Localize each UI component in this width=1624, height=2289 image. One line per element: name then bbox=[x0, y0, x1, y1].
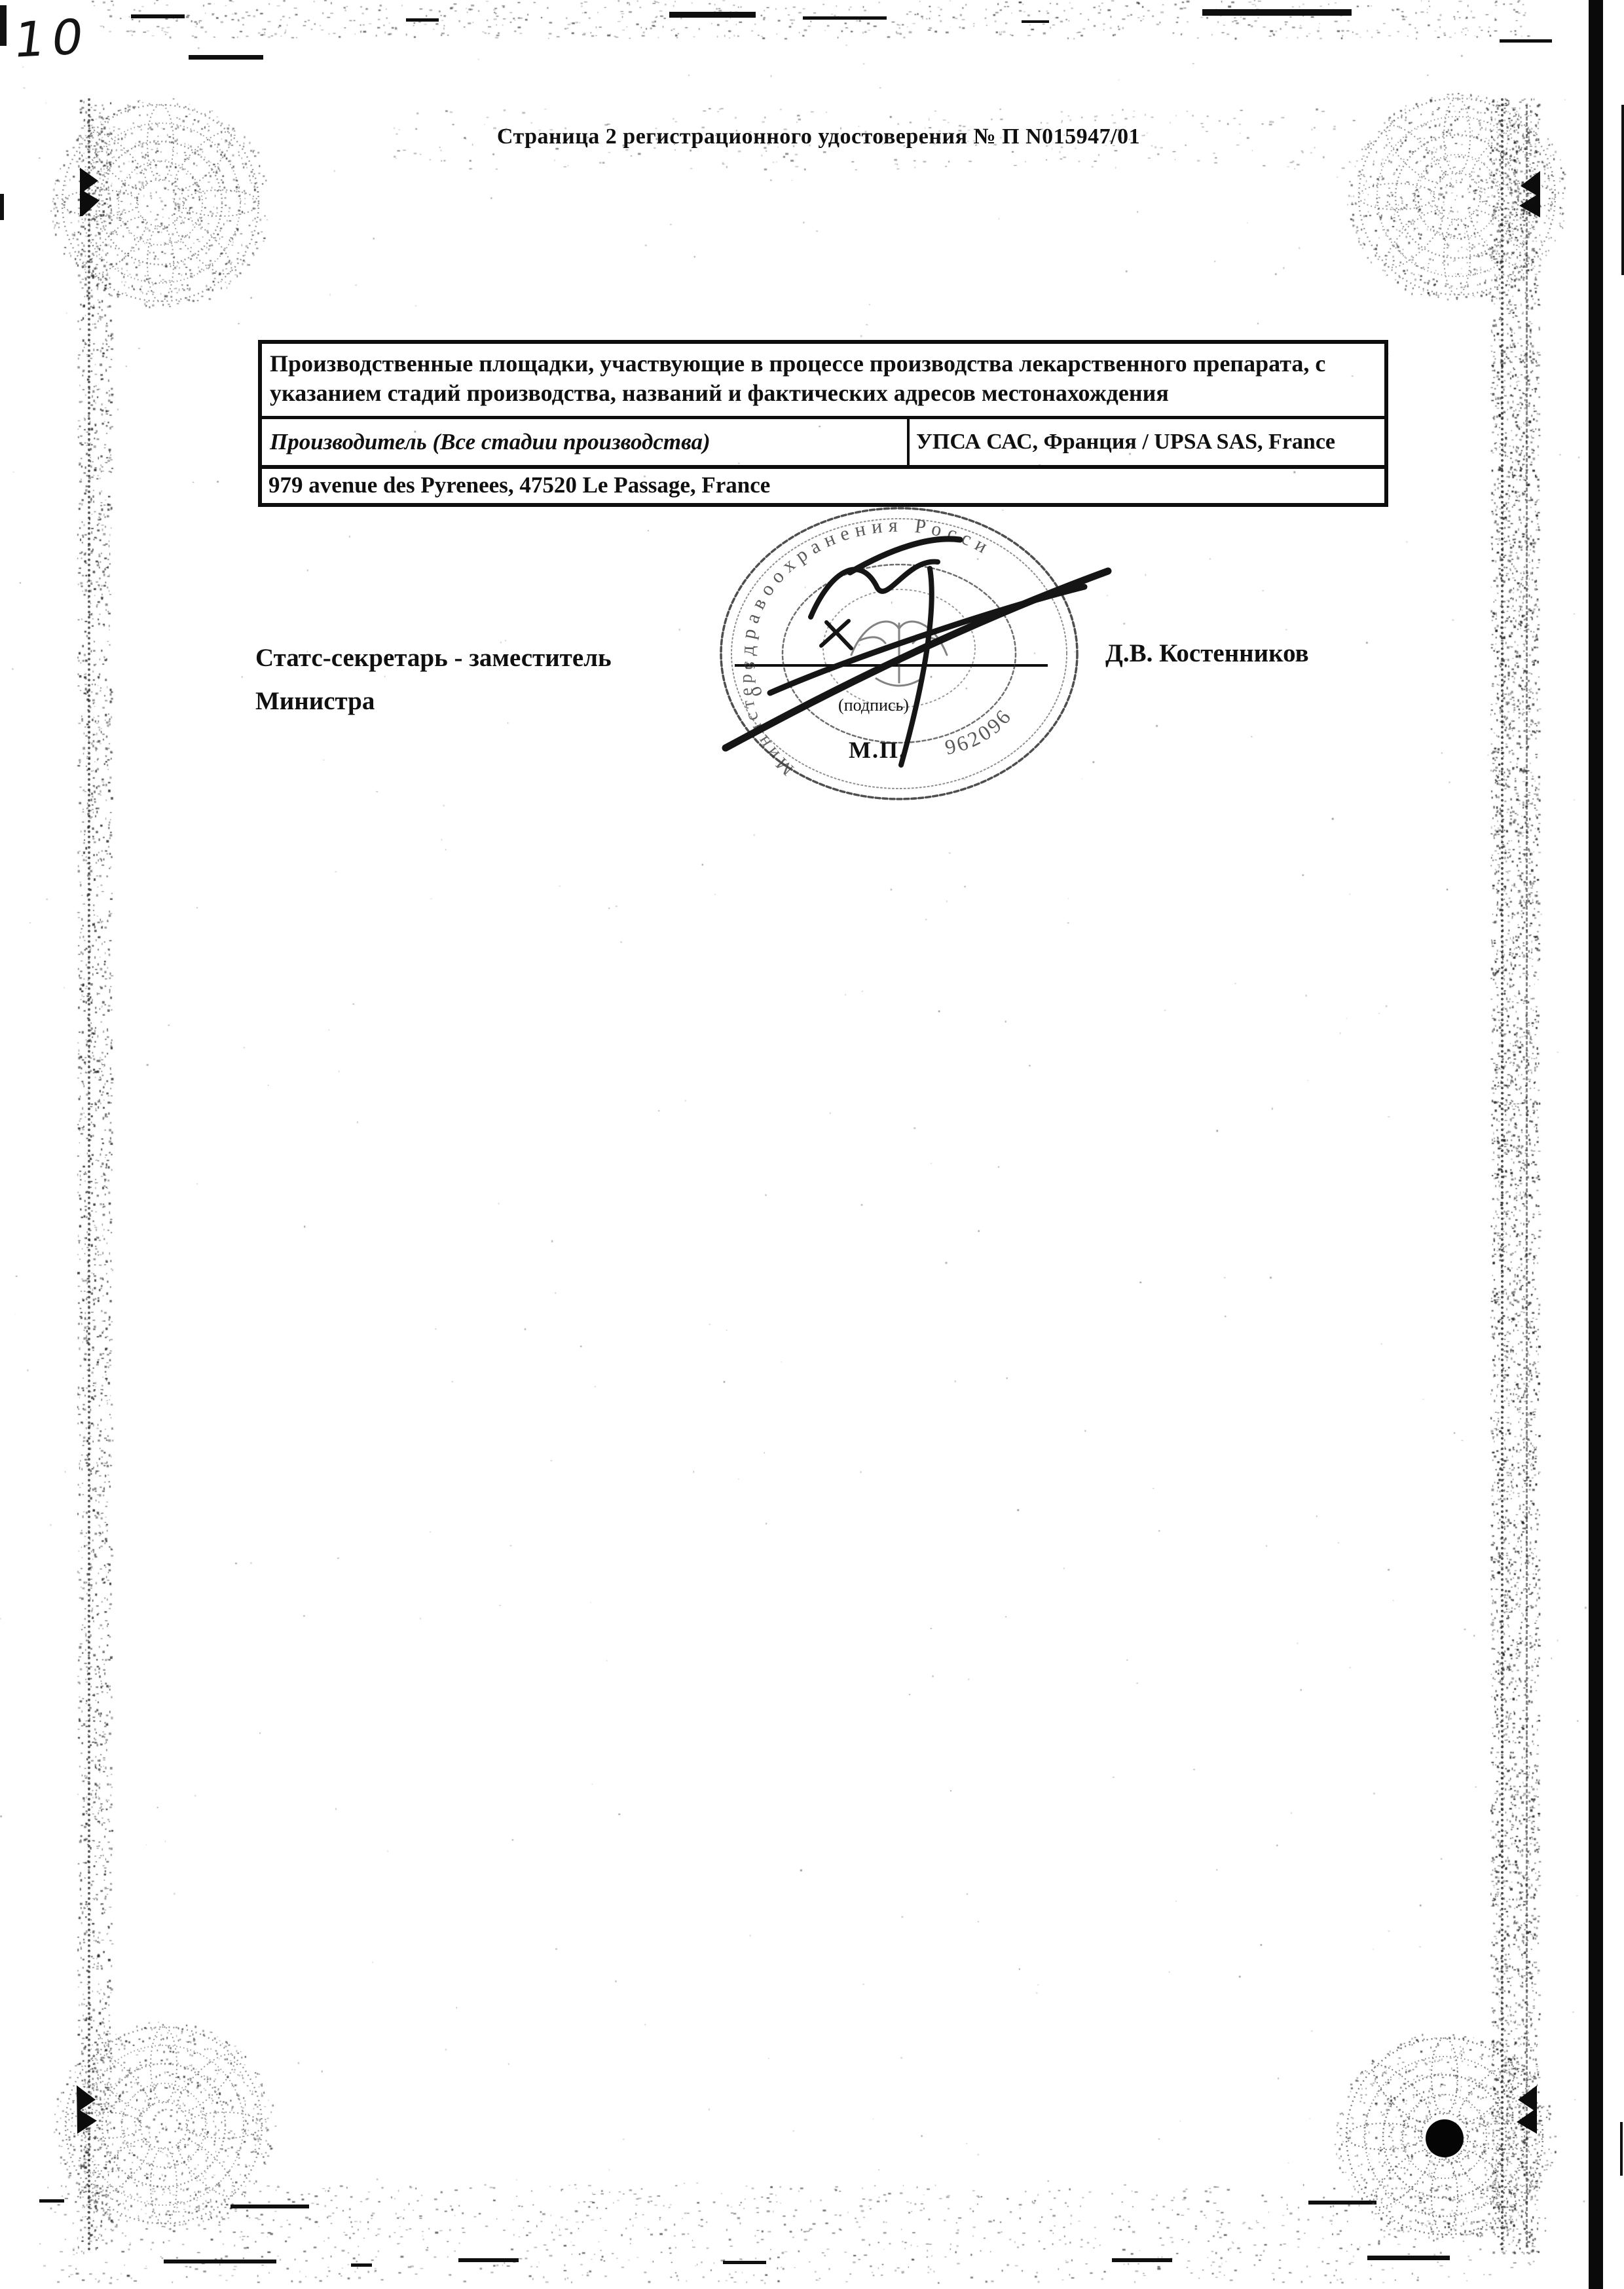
left-edge-mark bbox=[0, 194, 4, 220]
right-border-line bbox=[1501, 98, 1504, 2253]
border-dash bbox=[1308, 2201, 1376, 2205]
right-border-line-2 bbox=[1526, 105, 1528, 2246]
signatory-name: Д.В. Костенников bbox=[1105, 639, 1380, 668]
signatory-title-line2: Министра bbox=[255, 680, 714, 723]
border-dash bbox=[231, 2205, 309, 2208]
right-edge-mark bbox=[1620, 2122, 1623, 2176]
document-page: 10 Страница 2 регистрационного удостовер… bbox=[0, 0, 1624, 2289]
border-dash bbox=[406, 18, 439, 22]
border-dash bbox=[458, 2258, 519, 2262]
border-dash bbox=[803, 16, 887, 20]
border-dash bbox=[1202, 9, 1352, 16]
border-dash bbox=[723, 2261, 766, 2264]
border-dash bbox=[669, 12, 756, 18]
seal-place-caption: М.П. bbox=[849, 736, 906, 764]
signature-line bbox=[735, 664, 1048, 667]
address-cell: 979 avenue des Pyrenees, 47520 Le Passag… bbox=[262, 469, 1384, 503]
table-header-cell: Производственные площадки, участвующие в… bbox=[262, 344, 1384, 419]
production-sites-table: Производственные площадки, участвующие в… bbox=[258, 340, 1388, 507]
signatory-title-line1: Статс-секретарь - заместитель bbox=[255, 637, 714, 680]
signatory-title: Статс-секретарь - заместитель Министра bbox=[255, 637, 714, 723]
black-dot-mark bbox=[1426, 2119, 1464, 2157]
left-border-line bbox=[88, 98, 90, 2253]
border-dash bbox=[189, 55, 263, 60]
manufacturer-label-cell: Производитель (Все стадии производства) bbox=[262, 419, 910, 465]
right-edge-mark bbox=[1621, 105, 1624, 275]
right-scan-edge-bar bbox=[1589, 0, 1603, 2289]
page-title: Страница 2 регистрационного удостоверени… bbox=[419, 124, 1218, 149]
manufacturer-value-cell: УПСА САС, Франция / UPSA SAS, France bbox=[910, 419, 1384, 465]
left-edge-mark bbox=[0, 5, 7, 46]
border-dash bbox=[131, 14, 185, 18]
signature-caption: (подпись) bbox=[808, 696, 939, 715]
handwritten-page-number: 10 bbox=[10, 9, 93, 69]
table-row: Производитель (Все стадии производства) … bbox=[262, 419, 1384, 469]
border-dash bbox=[351, 2263, 372, 2267]
border-dash bbox=[1022, 20, 1049, 23]
border-dash bbox=[164, 2260, 276, 2263]
border-dash bbox=[39, 2199, 64, 2203]
border-dash bbox=[1500, 39, 1552, 43]
border-dash bbox=[1112, 2258, 1172, 2262]
border-dash bbox=[1367, 2256, 1450, 2260]
